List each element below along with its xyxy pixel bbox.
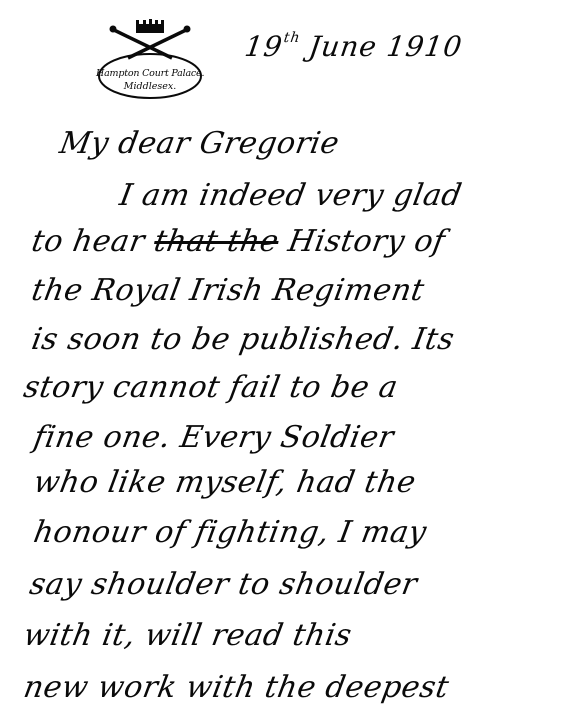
letterhead-crest: Hampton Court Palace. Middlesex.: [96, 18, 204, 102]
body-line: who like myself, had the: [31, 465, 419, 500]
body-line-text: History of: [275, 224, 447, 259]
date-suffix: th: [283, 30, 302, 46]
body-line: story cannot fail to be a: [21, 370, 401, 405]
salutation: My dear Gregorie: [57, 126, 342, 161]
body-line: is soon to be published. Its: [29, 322, 457, 357]
letterhead-address-line1: Hampton Court Palace.: [96, 68, 204, 79]
body-line-text: to hear: [29, 224, 158, 259]
body-line: fine one. Every Soldier: [31, 420, 397, 455]
body-line: honour of fighting, I may: [31, 515, 429, 550]
body-line: I am indeed very glad: [117, 178, 465, 213]
body-line: to hear that the History of: [29, 224, 448, 259]
body-line: new work with the deepest: [21, 670, 452, 705]
date-day: 19: [243, 30, 285, 63]
body-line: say shoulder to shoulder: [27, 567, 420, 602]
body-line: the Royal Irish Regiment: [29, 273, 427, 308]
letterhead-address-line2: Middlesex.: [96, 81, 204, 92]
letter-date: 19th June 1910: [243, 30, 465, 63]
letter-page: Hampton Court Palace. Middlesex. 19th Ju…: [0, 0, 575, 720]
body-line: with it, will read this: [21, 618, 355, 653]
date-month-year: June 1910: [307, 30, 465, 63]
struck-out-text: that the: [151, 224, 281, 259]
